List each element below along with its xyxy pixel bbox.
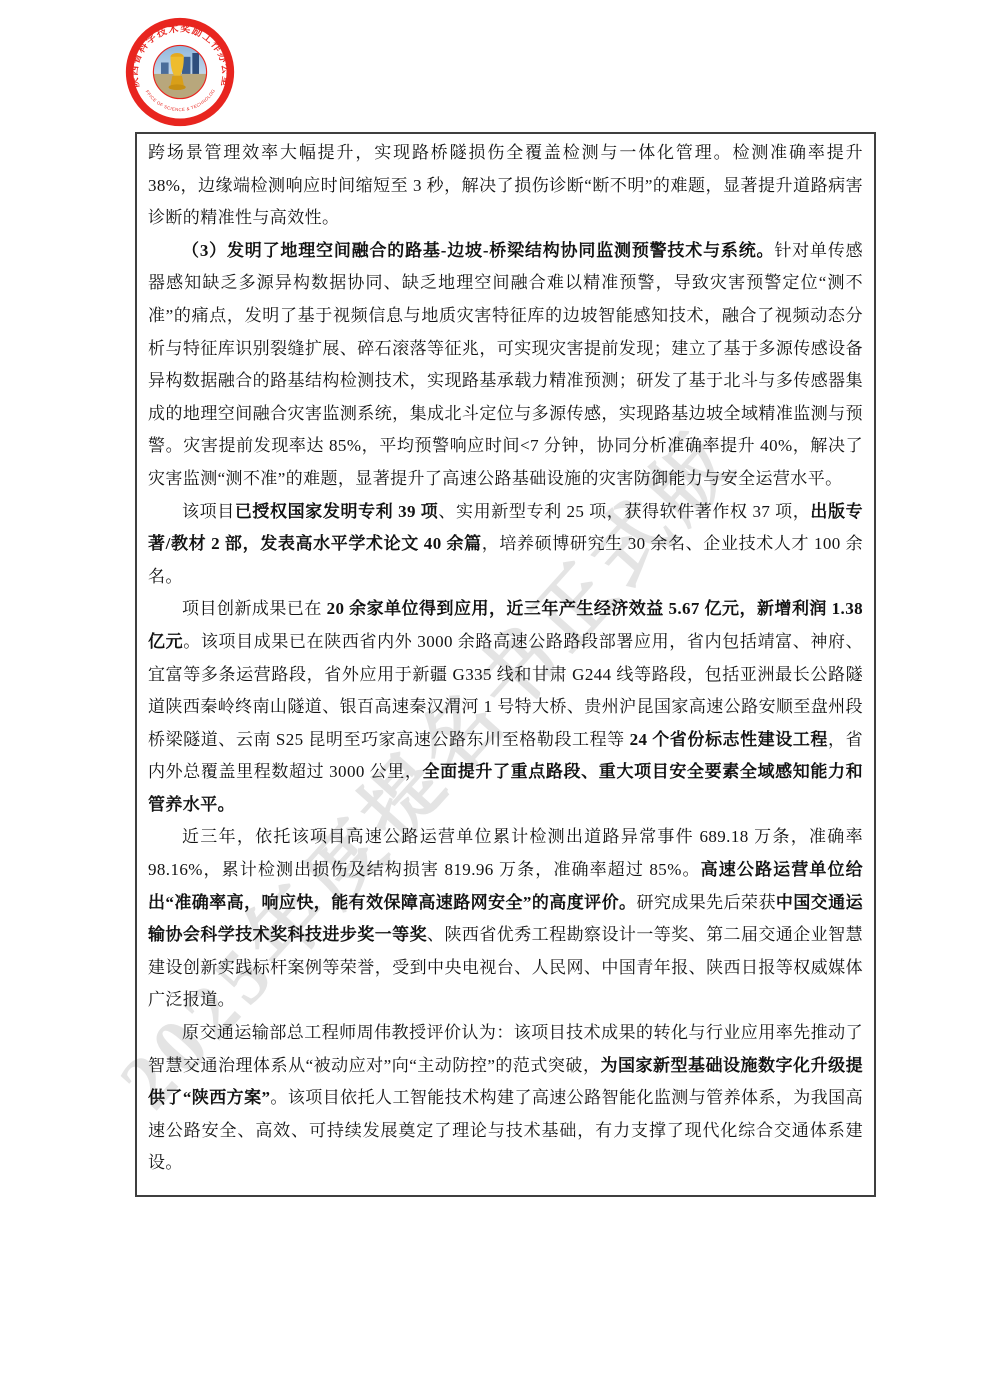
text-run: 该项目 bbox=[182, 502, 235, 521]
page: { "seal": { "ring_text_cn": "陕西省科学技术奖励工作… bbox=[0, 0, 990, 1399]
text-run: 研究成果先后荣获 bbox=[636, 893, 775, 912]
paragraph: 跨场景管理效率大幅提升，实现路桥隧损伤全覆盖检测与一体化管理。检测准确率提升 3… bbox=[148, 137, 863, 235]
paragraph: 原交通运输部总工程师周伟教授评价认为：该项目技术成果的转化与行业应用率先推动了智… bbox=[148, 1017, 863, 1180]
document-body: 跨场景管理效率大幅提升，实现路桥隧损伤全覆盖检测与一体化管理。检测准确率提升 3… bbox=[148, 137, 863, 1180]
text-run-bold: 24 个省份标志性建设工程 bbox=[630, 730, 828, 749]
paragraph: 项目创新成果已在 20 余家单位得到应用，近三年产生经济效益 5.67 亿元，新… bbox=[148, 593, 863, 821]
text-run: 跨场景管理效率大幅提升，实现路桥隧损伤全覆盖检测与一体化管理。检测准确率提升 3… bbox=[148, 143, 863, 227]
paragraph: （3）发明了地理空间融合的路基-边坡-桥梁结构协同监测预警技术与系统。针对单传感… bbox=[148, 235, 863, 496]
paragraph: 该项目已授权国家发明专利 39 项、实用新型专利 25 项，获得软件著作权 37… bbox=[148, 496, 863, 594]
text-run: 、实用新型专利 25 项，获得软件著作权 37 项， bbox=[438, 502, 810, 521]
document-cell: 跨场景管理效率大幅提升，实现路桥隧损伤全覆盖检测与一体化管理。检测准确率提升 3… bbox=[135, 132, 876, 1197]
text-run-bold: （3）发明了地理空间融合的路基-边坡-桥梁结构协同监测预警技术与系统。 bbox=[182, 241, 774, 260]
text-run: 针对单传感器感知缺乏多源异构数据协同、缺乏地理空间融合难以精准预警，导致灾害预警… bbox=[148, 241, 863, 488]
office-seal-icon: 陕西省科学技术奖励工作办公室 SHAANXI OFFICE OF SCIENCE… bbox=[123, 15, 237, 129]
text-run-bold: 已授权国家发明专利 39 项 bbox=[235, 502, 439, 521]
office-seal: 陕西省科学技术奖励工作办公室 SHAANXI OFFICE OF SCIENCE… bbox=[123, 15, 237, 129]
text-run: 项目创新成果已在 bbox=[182, 599, 327, 618]
paragraph: 近三年，依托该项目高速公路运营单位累计检测出道路异常事件 689.18 万条，准… bbox=[148, 821, 863, 1017]
